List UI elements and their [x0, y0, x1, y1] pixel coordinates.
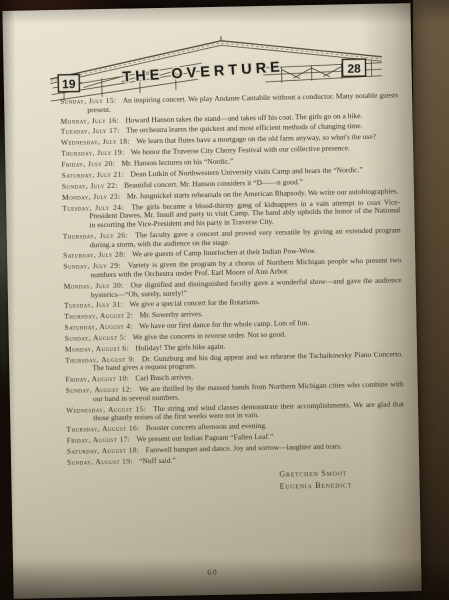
- entry-label: Sunday, August 19:: [67, 456, 135, 466]
- year-right-badge: 28: [342, 59, 365, 76]
- entry-label: Thursday, August 16:: [66, 424, 142, 434]
- entry-text: “Nuff said.”: [139, 456, 176, 466]
- entry-label: Friday, July 20:: [61, 159, 117, 169]
- entry-label: Monday, August 6:: [65, 343, 132, 353]
- signature-author-2: Eugenia Benedict: [279, 478, 405, 493]
- entry-label: Saturday, August 18:: [67, 445, 142, 455]
- year-right: 28: [347, 62, 361, 76]
- page-title: THE OVERTURE: [122, 59, 284, 85]
- entry-text: The girls became a blood-thirsty gang of…: [89, 197, 400, 229]
- entry-text: Carl Busch arrives.: [135, 373, 193, 383]
- entry-text: Holiday! The girls hike again.: [135, 342, 225, 353]
- entry-label: Friday, August 10:: [65, 374, 131, 384]
- year-left-badge: 19: [58, 75, 79, 92]
- entry-text: We present our Indian Pageant “Fallen Le…: [136, 432, 273, 444]
- entry-label: Friday, August 17:: [67, 435, 133, 445]
- entry-label: Monday, July 23:: [62, 191, 123, 201]
- entries-list: Sunday, July 15: An inspiring concert. W…: [60, 91, 406, 497]
- entry-label: Thursday, July 19:: [61, 148, 127, 158]
- entry-label: Saturday, July 21:: [61, 170, 126, 180]
- entry-label: Sunday, August 5:: [65, 333, 129, 343]
- entry-label: Saturday, July 28:: [63, 250, 128, 260]
- entry-text: Booster concerts afternoon and evening.: [146, 421, 267, 432]
- book-page: 19 28 THE OVERTURE Sunday, July 15: An i…: [2, 3, 421, 599]
- entry-text: Mr. Sowerby arrives.: [139, 309, 202, 319]
- entry-text: We give the concerts in reverse order. N…: [133, 330, 286, 342]
- entry-label: Sunday, July 22:: [62, 181, 121, 191]
- entry-label: Wednesday, July 18:: [61, 137, 133, 147]
- entry-label: Thursday, August 2:: [64, 311, 135, 321]
- entry-label: Saturday, August 4:: [64, 322, 135, 332]
- entry-text: We give a special concert for the Rotari…: [129, 297, 260, 309]
- page-number: 60: [207, 567, 218, 577]
- entry-label: Monday, July 16:: [60, 115, 121, 125]
- entry-label: Tuesday, July 31:: [64, 300, 126, 310]
- entry-label: Tuesday, July 17:: [61, 126, 123, 136]
- year-left: 19: [62, 77, 76, 91]
- entry-text: Mr. Hanson lectures on his “Nordic.”: [121, 157, 233, 168]
- signature-block: Gretchen Smoot Eugenia Benedict: [279, 466, 405, 493]
